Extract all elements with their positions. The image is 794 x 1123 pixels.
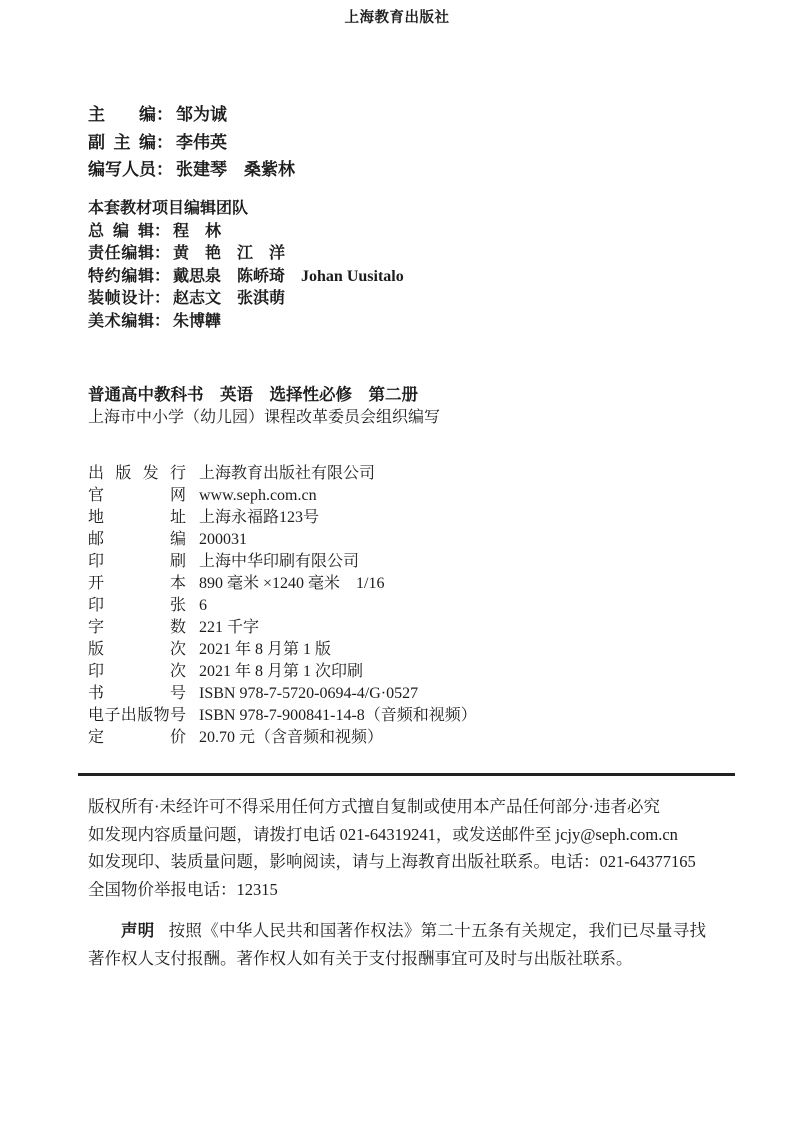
statement-label: 声明 (121, 921, 155, 940)
field-label: 装帧设计 (88, 288, 154, 311)
field-label: 开本 (88, 573, 186, 595)
field-value: ISBN 978-7-5720-0694-4/G·0527 (199, 685, 418, 702)
publication-row-postcode: 邮编200031 (88, 529, 477, 551)
colophon-page: 上海教育出版社 主编：邹为诚 副主编：李伟英 编写人员：张建琴 桑紫林 本套教材… (0, 0, 794, 1123)
publication-info: 出版发行上海教育出版社有限公司 官网www.seph.com.cn 地址上海永福… (88, 463, 477, 749)
field-label: 印次 (88, 661, 186, 683)
field-label: 印张 (88, 595, 186, 617)
editorial-row-writers: 编写人员：张建琴 桑紫林 (88, 156, 295, 184)
editorial-row-deputy: 副主编：李伟英 (88, 129, 295, 157)
field-label: 定价 (88, 727, 186, 749)
editorial-row-chief: 主编：邹为诚 (88, 101, 295, 129)
field-value: 上海中华印刷有限公司 (199, 553, 359, 570)
colon: ： (154, 268, 170, 285)
field-label: 版次 (88, 639, 186, 661)
field-label: 书号 (88, 683, 186, 705)
team-row-special-editors: 特约编辑：戴思泉 陈峤琦 Johan Uusitalo (88, 266, 404, 289)
publication-row-eisbn: 电子出版物号ISBN 978-7-900841-14-8（音频和视频） (88, 705, 477, 727)
publication-row-wordcount: 字数221 千字 (88, 617, 477, 639)
field-value: 20.70 元（含音频和视频） (199, 729, 383, 746)
publication-row-isbn: 书号ISBN 978-7-5720-0694-4/G·0527 (88, 683, 477, 705)
publication-row-edition: 版次2021 年 8 月第 1 版 (88, 639, 477, 661)
notice-content-quality: 如发现内容质量问题，请拨打电话 021-64319241，或发送邮件至 jcjy… (88, 821, 696, 849)
field-value: 赵志文 张淇萌 (173, 290, 285, 307)
field-value: www.seph.com.cn (199, 487, 317, 504)
field-value: 李伟英 (176, 133, 227, 152)
field-label: 电子出版物号 (88, 705, 186, 727)
publication-row-printing: 印次2021 年 8 月第 1 次印刷 (88, 661, 477, 683)
horizontal-rule (78, 773, 735, 776)
field-label: 官网 (88, 485, 186, 507)
field-value: 221 千字 (199, 619, 259, 636)
notice-print-quality: 如发现印、装质量问题，影响阅读，请与上海教育出版社联系。电话：021-64377… (88, 848, 696, 876)
field-value: ISBN 978-7-900841-14-8（音频和视频） (199, 707, 477, 724)
field-label: 副主编 (88, 129, 156, 157)
copyright-statement: 声明按照《中华人民共和国著作权法》第二十五条有关规定，我们已尽量寻找著作权人支付… (88, 917, 706, 972)
team-row-responsible-editors: 责任编辑：黄 艳 江 洋 (88, 243, 404, 266)
colon: ： (154, 313, 170, 330)
team-row-binding-design: 装帧设计：赵志文 张淇萌 (88, 288, 404, 311)
book-subtitle: 上海市中小学（幼儿园）课程改革委员会组织编写 (88, 404, 440, 427)
copyright-notices: 版权所有·未经许可不得采用任何方式擅自复制或使用本产品任何部分·违者必究 如发现… (88, 793, 696, 903)
field-label: 美术编辑 (88, 311, 154, 334)
team-row-art-editor: 美术编辑：朱博韡 (88, 311, 404, 334)
field-value: 朱博韡 (173, 313, 221, 330)
field-label: 主编 (88, 101, 156, 129)
field-label: 出版发行 (88, 463, 186, 485)
field-value: 200031 (199, 531, 247, 548)
colon: ： (154, 245, 170, 262)
notice-copyright: 版权所有·未经许可不得采用任何方式擅自复制或使用本产品任何部分·违者必究 (88, 793, 696, 821)
editorial-credits: 主编：邹为诚 副主编：李伟英 编写人员：张建琴 桑紫林 (88, 101, 295, 184)
team-row-general-editor: 总编辑：程 林 (88, 221, 404, 244)
field-label: 字数 (88, 617, 186, 639)
publication-row-publisher: 出版发行上海教育出版社有限公司 (88, 463, 477, 485)
field-label: 编写人员 (88, 156, 156, 184)
field-value: 2021 年 8 月第 1 次印刷 (199, 663, 363, 680)
publication-row-sheets: 印张6 (88, 595, 477, 617)
field-label: 责任编辑 (88, 243, 154, 266)
notice-price-hotline: 全国物价举报电话：12315 (88, 876, 696, 904)
colon: ： (156, 105, 173, 124)
colon: ： (156, 133, 173, 152)
publication-row-format: 开本890 毫米 ×1240 毫米 1/16 (88, 573, 477, 595)
field-value: 邹为诚 (176, 105, 227, 124)
field-label: 印刷 (88, 551, 186, 573)
colon: ： (154, 223, 170, 240)
colon: ： (156, 160, 173, 179)
colon: ： (154, 290, 170, 307)
field-value: 黄 艳 江 洋 (173, 245, 285, 262)
publication-row-printer: 印刷上海中华印刷有限公司 (88, 551, 477, 573)
statement-text: 按照《中华人民共和国著作权法》第二十五条有关规定，我们已尽量寻找著作权人支付报酬… (88, 921, 706, 968)
publication-row-website: 官网www.seph.com.cn (88, 485, 477, 507)
project-team-credits: 本套教材项目编辑团队 总编辑：程 林 责任编辑：黄 艳 江 洋 特约编辑：戴思泉… (88, 198, 404, 334)
field-label: 邮编 (88, 529, 186, 551)
publication-row-address: 地址上海永福路123号 (88, 507, 477, 529)
field-label: 总编辑 (88, 221, 154, 244)
publisher-header: 上海教育出版社 (0, 6, 794, 27)
field-label: 特约编辑 (88, 266, 154, 289)
team-heading: 本套教材项目编辑团队 (88, 198, 404, 221)
field-value: 2021 年 8 月第 1 版 (199, 641, 331, 658)
field-value: 张建琴 桑紫林 (176, 160, 295, 179)
field-value: 6 (199, 597, 207, 614)
field-value: 戴思泉 陈峤琦 Johan Uusitalo (173, 268, 404, 285)
field-value: 上海永福路123号 (199, 509, 319, 526)
publication-row-price: 定价20.70 元（含音频和视频） (88, 727, 477, 749)
field-label: 地址 (88, 507, 186, 529)
book-title: 普通高中教科书 英语 选择性必修 第二册 (88, 381, 418, 405)
field-value: 上海教育出版社有限公司 (199, 465, 375, 482)
field-value: 程 林 (173, 223, 221, 240)
field-value: 890 毫米 ×1240 毫米 1/16 (199, 575, 384, 592)
